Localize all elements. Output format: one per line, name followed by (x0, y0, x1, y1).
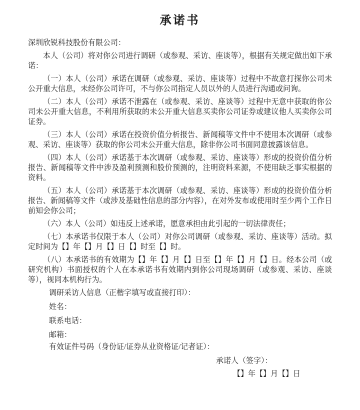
phone-field-label: 联系电话： (49, 316, 332, 326)
document-title: 承诺书 (28, 14, 332, 28)
commitment-letter-page: 承诺书 深圳欣锐科技股份有限公司： 本人（公司）将对你公司进行调研（或参观、采访… (0, 0, 360, 410)
clause-paragraph-2: （二）本人（公司）承诺不泄露在（或参观、采访、座谈等）过程中无意中获取的你公司未… (28, 97, 332, 127)
email-field-label: 邮箱： (49, 330, 332, 340)
clause-paragraph-5: （五）本人（公司）承诺基于本次调研（或参观、采访、座谈等）形成的投资价值分析报告… (28, 186, 332, 216)
researcher-info-header: 调研采访人信息（正楷字填写或直接打印）： (49, 288, 332, 298)
clause-paragraph-3: （三）本人（公司）承诺在投资价值分析报告、新闻稿等文件中不使用本次调研（或参观、… (28, 130, 332, 150)
name-field-label: 姓名： (49, 302, 332, 312)
salutation-company-name: 深圳欣锐科技股份有限公司： (28, 38, 332, 48)
clause-paragraph-6: （六）本人（公司）如违反上述承诺，愿意承担由此引起的一切法律责任； (28, 219, 332, 229)
clause-paragraph-1: （一）本人（公司）承诺在调研（或参观、采访、座谈等）过程中不故意打探你公司未公开… (28, 74, 332, 94)
signature-date: 【】年【】月【】日 (233, 369, 332, 379)
clause-paragraph-7: （七）本承诺书仅限于本人（公司）对你公司调研（或参观、采访、座谈等）活动。拟定时… (28, 232, 332, 252)
clause-paragraph-4: （四）本人（公司）承诺基于本次调研（或参观、采访、座谈等）形成的投资价值分析报告… (28, 153, 332, 183)
id-number-field-label: 有效证件号码（身份证/证券从业资格证/记者证）： (49, 342, 332, 352)
clause-paragraph-8: （八）本承诺书的有效期为【】年【】月【】日至【】年【】月【】日。经本公司（或研究… (28, 255, 332, 285)
intro-paragraph: 本人（公司）将对你公司进行调研（或参观、采访、座谈等），根据有关规定做出如下承诺… (28, 51, 332, 71)
signature-label: 承诺人（签字）： (216, 356, 332, 366)
